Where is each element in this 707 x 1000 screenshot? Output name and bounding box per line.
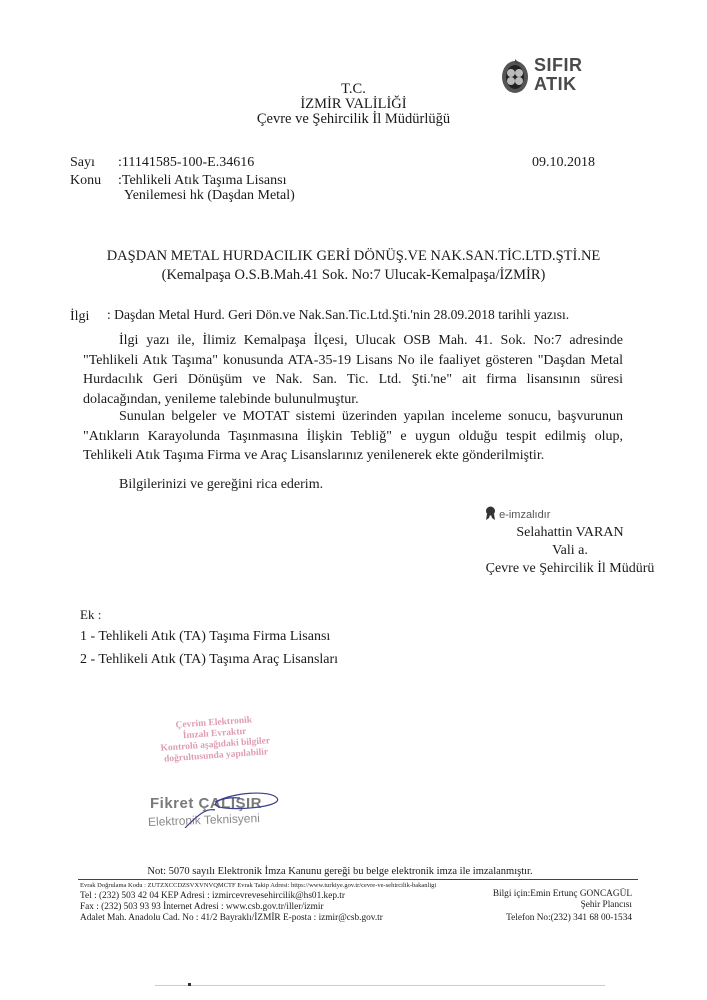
footer-address: Adalet Mah. Anadolu Cad. No : 41/2 Bayra… xyxy=(80,913,383,925)
sifir-atik-logo-icon xyxy=(500,56,530,96)
header-mudurluk: Çevre ve Şehircilik İl Müdürlüğü xyxy=(0,112,707,127)
attachments-label: Ek : xyxy=(80,603,101,627)
sayi-value: :11141585-100-E.34616 xyxy=(118,155,254,171)
logo-text-line1: SIFIR xyxy=(534,56,583,75)
info-title: Şehir Plancısı xyxy=(452,900,632,912)
logo-text: SIFIR ATIK xyxy=(534,56,583,94)
konu-value: :Tehlikeli Atık Taşıma Lisansı xyxy=(118,173,287,189)
footer-fax: Fax : (232) 503 93 93 İnternet Adresi : … xyxy=(80,902,324,914)
electronic-signature-stamp: Çevrim Elektronik İmzalı Evraktır Kontro… xyxy=(134,712,297,767)
ilgi-text: : Daşdan Metal Hurd. Geri Dön.ve Nak.San… xyxy=(107,307,569,323)
info-phone: Telefon No:(232) 341 68 00-1534 xyxy=(452,913,632,925)
konu-value-continued: Yenilemesi hk (Daşdan Metal) xyxy=(124,188,295,204)
body-paragraph-1: İlgi yazı ile, İlimiz Kemalpaşa İlçesi, … xyxy=(83,331,623,409)
sifir-atik-logo: SIFIR ATIK xyxy=(500,54,610,104)
sayi-label: Sayı xyxy=(70,155,95,171)
bottom-scan-dot xyxy=(188,983,191,986)
footer-tel: Tel : (232) 503 42 04 KEP Adresi : izmir… xyxy=(80,891,345,903)
attachment-item-1: 1 - Tehlikeli Atık (TA) Taşıma Firma Lis… xyxy=(80,625,330,649)
signature-scribble-icon xyxy=(145,788,295,828)
signatory-title-2: Çevre ve Şehircilik İl Müdürü xyxy=(450,560,690,579)
e-signature-label: e-imzalıdır xyxy=(499,509,550,521)
award-ribbon-icon xyxy=(485,506,496,520)
logo-text-line2: ATIK xyxy=(534,75,583,94)
recipient-name: DAŞDAN METAL HURDACILIK GERİ DÖNÜŞ.VE NA… xyxy=(0,247,707,265)
signatory-name: Selahattin VARAN xyxy=(470,524,670,543)
body-paragraph-2: Sunulan belgeler ve MOTAT sistemi üzerin… xyxy=(83,407,623,466)
ilgi-label: İlgi xyxy=(70,309,89,325)
konu-label: Konu xyxy=(70,173,101,189)
bottom-scan-line xyxy=(155,985,605,986)
info-contact: Bilgi için:Emin Ertunç GONCAGÜL xyxy=(452,889,632,901)
footer-note: Not: 5070 sayılı Elektronik İmza Kanunu … xyxy=(140,866,540,877)
recipient-address: (Kemalpaşa O.S.B.Mah.41 Sok. No:7 Ulucak… xyxy=(0,266,707,284)
attachment-item-2: 2 - Tehlikeli Atık (TA) Taşıma Araç Lisa… xyxy=(80,648,338,672)
e-signature-badge: e-imzalıdır xyxy=(485,506,550,521)
signatory-title-1: Vali a. xyxy=(470,542,670,561)
footer-divider xyxy=(78,879,638,880)
document-date: 09.10.2018 xyxy=(532,155,595,171)
closing-text: Bilgilerinizi ve gereğini rica ederim. xyxy=(83,475,623,495)
